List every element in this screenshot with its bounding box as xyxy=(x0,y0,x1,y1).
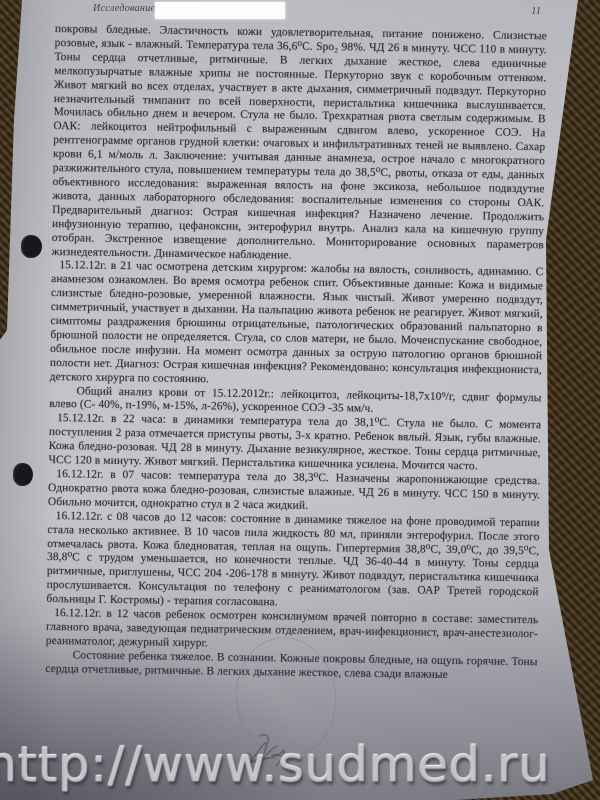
paragraph: покровы бледные. Эластичность кожи удовл… xyxy=(51,23,546,267)
paragraph: 15.12.12г. в 22 часа: в динамики темпера… xyxy=(48,412,541,475)
document-body: покровы бледные. Эластичность кожи удовл… xyxy=(45,23,547,684)
document-page: Исследование 11 покровы бледные. Эластич… xyxy=(0,0,600,800)
study-label: Исследование xyxy=(93,3,155,14)
paragraph: 16.12.12г. в 07 часов: температура тела … xyxy=(48,468,541,517)
hole-punch-top xyxy=(21,235,42,258)
photo-background: Исследование 11 покровы бледные. Эластич… xyxy=(0,0,600,800)
redaction-box xyxy=(155,2,285,19)
paragraph: 16.12.12г. с 08 часов до 12 часов: состо… xyxy=(46,510,539,615)
watermark-text: http://www.sudmed.ru xyxy=(0,737,600,794)
paragraph: 15.12.12г. в 21 час осмотрена детским хи… xyxy=(50,259,544,391)
page-number: 11 xyxy=(531,5,541,17)
hole-punch-bottom xyxy=(13,463,33,486)
